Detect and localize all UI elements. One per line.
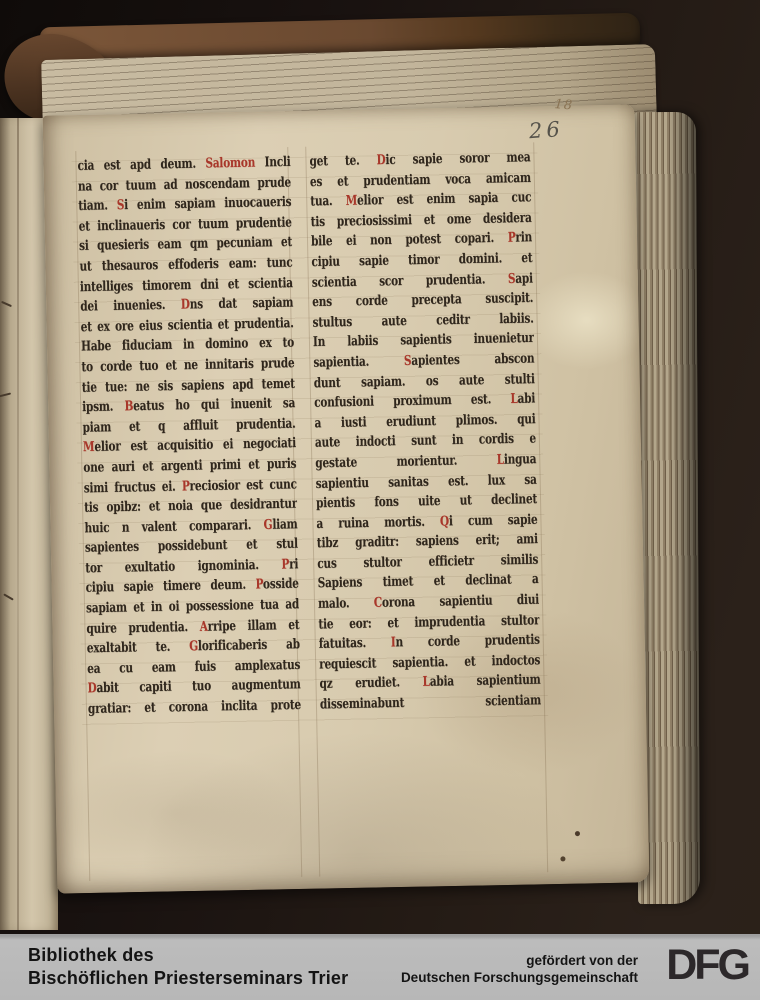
manuscript-line: gratiar: et corona inclita prote [88, 696, 301, 720]
funding-credit-line1: gefördert von der [401, 953, 638, 970]
manuscript-line: disseminabunt scientiam [320, 691, 541, 715]
dfg-logo: DFG [666, 940, 748, 990]
ink-bleed-mark [1, 301, 12, 307]
footer-banner: Bibliothek des Bischöflichen Priestersem… [0, 934, 760, 1000]
rubric-text: M [83, 440, 95, 456]
gutter-crease [17, 118, 19, 930]
library-name-line1: Bibliothek des [28, 944, 348, 967]
manuscript-column-left: cia est apd deum. Salomon Inclina cor tu… [77, 153, 301, 720]
funding-credit-line2: Deutschen Forschungsgemeinschaft [401, 970, 638, 987]
manuscript-column-right: get te. Dic sapie soror meaes et prudent… [309, 148, 541, 715]
rubric-text: G [263, 517, 272, 533]
rubric-text: D [87, 681, 96, 697]
rubric-text: B [124, 399, 133, 415]
rubric-text: D [376, 152, 385, 168]
folio-number-faint: 18 [554, 97, 574, 114]
manuscript-page: 18 26 cia est apd deum. Salomon Inclina … [43, 104, 650, 893]
folio-number: 26 [528, 117, 564, 143]
manuscript-photo: 18 26 cia est apd deum. Salomon Inclina … [0, 0, 760, 1000]
rubric-text: M [346, 193, 358, 209]
rubric-text: Salomon [205, 155, 255, 171]
rubric-text: C [374, 595, 382, 611]
library-name-line2: Bischöflichen Priesterseminars Trier [28, 967, 348, 990]
ink-bleed-mark [0, 392, 11, 397]
funding-credit: gefördert von der Deutschen Forschungsge… [401, 953, 638, 986]
rubric-text: D [181, 297, 190, 313]
ink-bleed-mark [3, 593, 14, 600]
library-name: Bibliothek des Bischöflichen Priestersem… [28, 944, 348, 990]
